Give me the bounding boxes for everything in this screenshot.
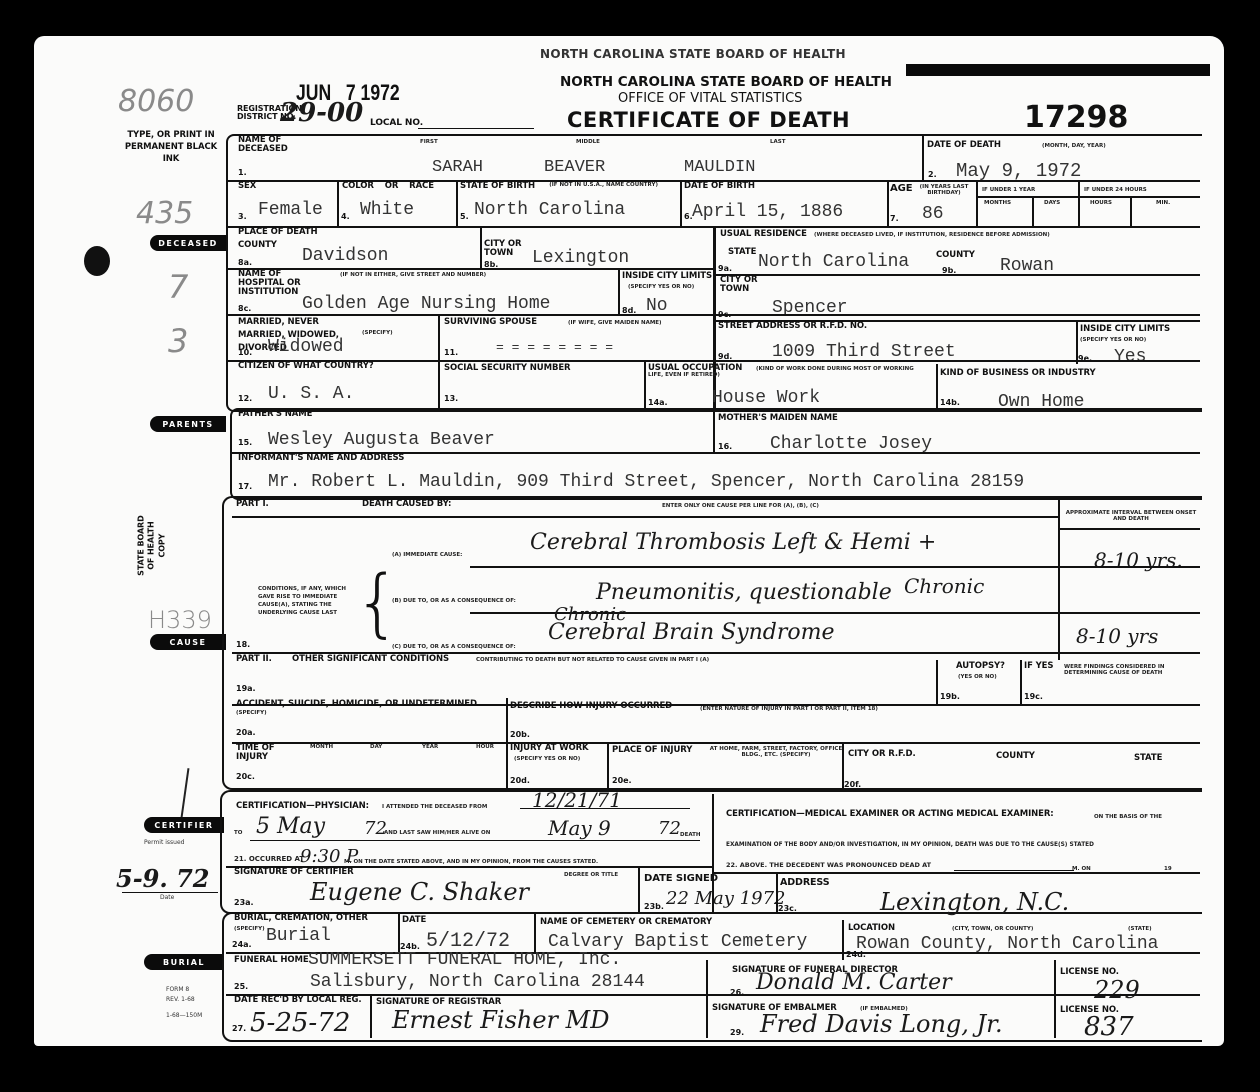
divider: [638, 866, 640, 912]
injury-state-label: STATE: [1134, 754, 1162, 763]
divider: [922, 136, 924, 180]
pencil-note-435: 435: [136, 196, 193, 231]
divider: [887, 180, 889, 226]
underline: [250, 840, 700, 841]
item-24a: 24a.: [232, 940, 252, 949]
item-19b: 19b.: [940, 692, 960, 701]
item-23c: 23c.: [778, 904, 797, 913]
res-county-label: COUNTY: [936, 251, 975, 260]
registrar-signature: Ernest Fisher MD: [392, 1006, 609, 1034]
date-received: 5-25-72: [250, 1008, 350, 1038]
cemetery: Calvary Baptist Cemetery: [548, 932, 807, 952]
certificate-number: 17298: [1024, 100, 1128, 135]
pod-inside-limits-hint: (SPECIFY YES OR NO): [628, 284, 694, 290]
item-20e: 20e.: [612, 776, 632, 785]
under-1-year-label: IF UNDER 1 YEAR: [982, 187, 1035, 193]
pod-city-label: CITY OR TOWN: [484, 240, 524, 258]
occupation: House Work: [712, 388, 820, 408]
date-recd-label: DATE REC'D BY LOCAL REG.: [234, 996, 362, 1005]
institution-label: NAME OF HOSPITAL OR INSTITUTION: [238, 270, 302, 297]
time-year: YEAR: [422, 744, 438, 750]
cause-b-extra: Chronic: [904, 574, 984, 598]
item-14b: 14b.: [940, 398, 960, 407]
underline: [520, 808, 690, 809]
ink-instruction: TYPE, OR PRINT IN PERMANENT BLACK INK: [124, 130, 218, 166]
divider: [977, 196, 1200, 198]
first-label: FIRST: [420, 139, 438, 145]
divider: [706, 960, 708, 1038]
office-title: OFFICE OF VITAL STATISTICS: [618, 91, 802, 106]
section-tab-parents: PARENTS: [150, 416, 226, 432]
date-of-death: May 9, 1972: [956, 160, 1081, 182]
mother-name: Charlotte Josey: [770, 434, 932, 454]
embalmer-license: 837: [1084, 1012, 1134, 1042]
months-label: MONTHS: [984, 200, 1011, 206]
form-revision: REV. 1-68: [166, 996, 195, 1003]
first-name: SARAH: [432, 158, 483, 177]
divider: [370, 994, 372, 1038]
punch-hole: [84, 246, 110, 276]
other-conditions-hint: CONTRIBUTING TO DEATH BUT NOT RELATED TO…: [476, 657, 709, 663]
sex: Female: [258, 200, 323, 220]
res-inside-limits-label: INSIDE CITY LIMITS: [1080, 325, 1170, 334]
injury-city-label: CITY OR R.F.D.: [848, 750, 916, 759]
days-label: DAYS: [1044, 200, 1060, 206]
item-1: 1.: [238, 168, 247, 177]
pod-county-label: COUNTY: [238, 241, 277, 250]
item-20b: 20b.: [510, 730, 530, 739]
divider: [618, 268, 620, 314]
burial-method: Burial: [266, 926, 331, 946]
to-label: TO: [234, 830, 242, 836]
divider: [228, 314, 1200, 316]
marital-hint: (SPECIFY): [362, 330, 393, 336]
place-of-injury-hint: AT HOME, FARM, STREET, FACTORY, OFFICE B…: [706, 746, 846, 758]
divider: [712, 872, 1200, 874]
date-signed: 22 May 1972: [666, 888, 786, 909]
divider: [337, 180, 339, 226]
item-13: 13.: [444, 394, 458, 403]
cause-c: Cerebral Brain Syndrome: [548, 620, 835, 645]
divider: [1078, 180, 1080, 226]
cause-c-label: (c) DUE TO, OR AS A CONSEQUENCE OF:: [392, 644, 516, 650]
divider: [680, 180, 682, 226]
cause-a-interval: 8-10 yrs.: [1094, 548, 1183, 572]
cause-a-label: (a) IMMEDIATE CAUSE:: [392, 552, 462, 558]
occupation-hint: (KIND OF WORK DONE DURING MOST OF WORKIN…: [648, 366, 918, 378]
part1-label: PART I.: [236, 500, 269, 509]
business-label: KIND OF BUSINESS OR INDUSTRY: [940, 369, 1096, 378]
other-conditions-label: OTHER SIGNIFICANT CONDITIONS: [292, 655, 449, 664]
father-name: Wesley Augusta Beaver: [268, 430, 495, 450]
divider: [713, 226, 716, 408]
informant: Mr. Robert L. Mauldin, 909 Third Street,…: [268, 472, 1024, 492]
institution: Golden Age Nursing Home: [302, 294, 550, 314]
item-11: 11.: [444, 348, 458, 357]
divider: [936, 660, 938, 704]
divider: [1060, 528, 1200, 530]
section-tab-burial: BURIAL: [144, 954, 224, 970]
death-caused-by-label: DEATH CAUSED BY:: [362, 500, 451, 509]
race-label: COLOR OR RACE: [342, 182, 434, 191]
cemetery-label: NAME OF CEMETERY OR CREMATORY: [540, 918, 712, 927]
location-label: LOCATION: [848, 924, 895, 933]
signature-label: SIGNATURE OF CERTIFIER: [234, 868, 354, 877]
divider: [936, 364, 938, 408]
cause-instruction: ENTER ONLY ONE CAUSE PER LINE FOR (a), (…: [662, 503, 819, 509]
item-5: 5.: [460, 212, 469, 221]
divider: [226, 994, 1200, 996]
form-print-run: 1-68—150M: [166, 1012, 202, 1019]
spouse-hint: (IF WIFE, GIVE MAIDEN NAME): [568, 320, 662, 326]
at-work-label: INJURY AT WORK: [510, 744, 589, 753]
burial-date-label: DATE: [402, 916, 426, 925]
date-signed-label: DATE SIGNED: [644, 874, 718, 885]
divider: [714, 320, 1200, 322]
age-label: AGE: [890, 184, 912, 195]
form-number: FORM 8: [166, 986, 189, 993]
age: 86: [922, 204, 944, 224]
item-15: 15.: [238, 438, 252, 447]
attended-to: 5 May: [256, 814, 325, 839]
autopsy-label: AUTOPSY?: [956, 662, 1005, 671]
pod-city: Lexington: [532, 248, 629, 268]
local-no-line: [418, 128, 534, 129]
divider: [1130, 196, 1132, 226]
divider: [713, 408, 715, 452]
pencil-note-3: 3: [168, 322, 188, 360]
cause-b: Pneumonitis, questionable: [596, 580, 892, 605]
registration-district-number: 29-00: [280, 98, 363, 128]
divider: [644, 360, 646, 408]
injury-type-label: ACCIDENT, SUICIDE, HOMICIDE, OR UNDETERM…: [236, 700, 477, 709]
item-18: 18.: [236, 640, 250, 649]
name-label: NAME OF DECEASED: [238, 136, 298, 154]
physician-cert-label: CERTIFICATION—PHYSICIAN:: [236, 802, 369, 811]
divider: [1058, 498, 1060, 660]
burial-method-label: BURIAL, CREMATION, OTHER: [234, 914, 368, 923]
residence-label: USUAL RESIDENCE: [720, 230, 807, 239]
item-25: 25.: [234, 982, 248, 991]
permit-date-label: Date: [160, 894, 174, 901]
injury-how-hint: (ENTER NATURE OF INJURY IN PART I OR PAR…: [700, 706, 878, 712]
item-19a: 19a.: [236, 684, 256, 693]
pod-inside-limits: No: [646, 296, 668, 316]
redaction-bar: [906, 64, 1210, 76]
residence-hint: (WHERE DECEASED LIVED, IF INSTITUTION, R…: [814, 232, 1050, 238]
item-29: 29.: [730, 1028, 744, 1037]
me-cert-label: CERTIFICATION—MEDICAL EXAMINER OR ACTING…: [726, 810, 1054, 819]
director-license: 229: [1094, 976, 1140, 1004]
interval-label: APPROXIMATE INTERVAL BETWEEN ONSET AND D…: [1064, 510, 1198, 522]
item-7: 7.: [890, 214, 899, 223]
dob-label: DATE OF BIRTH: [684, 182, 755, 191]
res-inside-limits-hint: (SPECIFY YES OR NO): [1080, 337, 1146, 343]
item-20f: 20f.: [844, 780, 861, 789]
res-city-label: CITY OR TOWN: [720, 276, 760, 294]
divider: [534, 912, 536, 952]
permit-date-line: [122, 892, 218, 893]
item-4: 4.: [341, 212, 350, 221]
middle-label: MIDDLE: [576, 139, 600, 145]
section-tab-deceased: DECEASED: [150, 235, 226, 251]
citizen: U. S. A.: [268, 384, 354, 404]
funeral-home-label: FUNERAL HOME: [234, 956, 309, 965]
middle-name: BEAVER: [544, 158, 605, 177]
state-of-birth-hint: (IF NOT IN U.S.A., NAME COUNTRY): [548, 182, 658, 188]
res-county: Rowan: [1000, 256, 1054, 276]
state-of-birth-label: STATE OF BIRTH: [460, 182, 535, 191]
informant-label: INFORMANT'S NAME AND ADDRESS: [238, 454, 404, 463]
surviving-spouse: = = = = = = = =: [496, 340, 613, 355]
divider: [607, 742, 609, 788]
item-23a: 23a.: [234, 898, 254, 907]
ssn-label: SOCIAL SECURITY NUMBER: [444, 364, 571, 373]
cause-b-label: (b) DUE TO, OR AS A CONSEQUENCE OF:: [392, 598, 516, 604]
res-state-label: STATE: [728, 248, 756, 257]
injury-type-hint: (SPECIFY): [236, 710, 267, 716]
pencil-note-8060: 8060: [118, 84, 194, 119]
business: Own Home: [998, 392, 1084, 412]
father-label: FATHER'S NAME: [238, 410, 312, 419]
citizen-label: CITIZEN OF WHAT COUNTRY?: [238, 362, 374, 371]
occurred-text: M. ON THE DATE STATED ABOVE, AND IN MY O…: [344, 859, 598, 865]
time-month: MONTH: [310, 744, 333, 750]
underline: [954, 870, 1074, 871]
race: White: [360, 200, 414, 220]
cause-c-interval: 8-10 yrs: [1076, 624, 1158, 648]
state-copy-label: STATE BOARD OF HEALTH COPY: [136, 512, 167, 580]
place-of-death-label: PLACE OF DEATH: [238, 228, 318, 237]
burial-location: Rowan County, North Carolina: [856, 934, 1158, 954]
at-work-hint: (SPECIFY YES OR NO): [514, 756, 580, 762]
pod-inside-limits-label: INSIDE CITY LIMITS: [622, 272, 712, 281]
res-inside-limits: Yes: [1114, 347, 1146, 367]
last-saw-text: AND LAST SAW HIM/HER ALIVE ON: [384, 830, 490, 836]
date-of-death-hint: (MONTH, DAY, YEAR): [1042, 143, 1106, 149]
divider: [842, 920, 844, 960]
street-label: STREET ADDRESS OR R.F.D. No.: [718, 322, 867, 331]
me-text1: ON THE BASIS OF THE: [1094, 814, 1162, 820]
item-20d: 20d.: [510, 776, 530, 785]
under-24-hours-label: IF UNDER 24 HOURS: [1084, 187, 1147, 193]
funeral-home-city: Salisbury, North Carolina 28144: [310, 972, 645, 992]
injury-county-label: COUNTY: [996, 752, 1035, 761]
certifier-address: Lexington, N.C.: [880, 888, 1069, 916]
occurred-label: 21. OCCURRED AT: [234, 856, 304, 864]
res-state: North Carolina: [758, 252, 909, 272]
last-label: LAST: [770, 139, 785, 145]
time-of-injury-label: TIME OF INJURY: [236, 744, 286, 762]
institution-hint: (IF NOT IN EITHER, GIVE STREET AND NUMBE…: [340, 272, 486, 278]
cause-a: Cerebral Thrombosis Left & Hemi +: [530, 530, 936, 555]
divider: [1032, 196, 1034, 226]
findings-label: WERE FINDINGS CONSIDERED IN DETERMINING …: [1064, 664, 1198, 676]
location-hint: (CITY, TOWN, OR COUNTY): [952, 926, 1033, 932]
date-of-death-label: DATE OF DEATH: [927, 141, 1001, 150]
pencil-note-h339: H339: [148, 606, 212, 634]
item-2: 2.: [928, 170, 937, 179]
last-saw: May 9: [548, 816, 611, 840]
state-of-birth: North Carolina: [474, 200, 625, 220]
res-street: 1009 Third Street: [772, 342, 956, 362]
injury-how-label: DESCRIBE HOW INJURY OCCURRED: [510, 702, 672, 711]
sex-label: SEX: [238, 182, 256, 191]
item-19c: 19c.: [1024, 692, 1043, 701]
last-saw-year: 72: [658, 818, 681, 839]
autopsy-hint: (YES OR NO): [958, 674, 997, 680]
if-yes-label: IF YES: [1024, 662, 1053, 671]
me-text2: EXAMINATION OF THE BODY AND/OR INVESTIGA…: [726, 842, 1094, 848]
min-label: MIN.: [1156, 200, 1170, 206]
marital-status: Widowed: [268, 337, 344, 357]
item-3: 3.: [238, 212, 247, 221]
local-no-label: LOCAL NO.: [370, 119, 423, 128]
divider: [470, 566, 1200, 568]
divider: [714, 274, 1200, 276]
divider: [232, 516, 1060, 518]
part2-label: PART II.: [236, 655, 272, 664]
certificate-title: CERTIFICATE OF DEATH: [567, 108, 850, 132]
conditions-label: CONDITIONS, IF ANY, WHICH GAVE RISE TO I…: [258, 586, 358, 618]
me-text3: 22. ABOVE. THE DECEDENT WAS PRONOUNCED D…: [726, 862, 931, 869]
mother-label: MOTHER'S MAIDEN NAME: [718, 414, 838, 423]
divider: [1054, 960, 1056, 1038]
item-12: 12.: [238, 394, 252, 403]
permit-issued-label: Permit issued: [144, 839, 184, 846]
item-20c: 20c.: [236, 772, 255, 781]
address-label: ADDRESS: [780, 878, 830, 888]
divider: [976, 180, 978, 226]
divider: [456, 180, 458, 226]
item-23b: 23b.: [644, 902, 664, 911]
director-signature: Donald M. Carter: [756, 970, 952, 995]
spouse-label: SURVIVING SPOUSE: [444, 318, 537, 327]
death-text: DEATH: [680, 832, 701, 838]
item-8c: 8c.: [238, 304, 251, 313]
date-of-birth: April 15, 1886: [692, 202, 843, 222]
certifier-signature: Eugene C. Shaker: [310, 878, 529, 906]
embalmer-signature: Fred Davis Long, Jr.: [760, 1010, 1003, 1038]
agency-title: NORTH CAROLINA STATE BOARD OF HEALTH: [560, 74, 892, 90]
degree-label: DEGREE OR TITLE: [564, 872, 618, 878]
faded-title: NORTH CAROLINA STATE BOARD OF HEALTH: [540, 47, 846, 59]
age-hint: (IN YEARS LAST BIRTHDAY): [914, 184, 974, 196]
divider: [480, 228, 482, 270]
item-14a: 14a.: [648, 398, 668, 407]
time-day: DAY: [370, 744, 382, 750]
permit-date: 5-9. 72: [116, 864, 209, 893]
item-10: 10.: [238, 348, 252, 357]
item-9a: 9a.: [718, 264, 732, 273]
place-of-injury-label: PLACE OF INJURY: [612, 746, 692, 755]
item-27: 27.: [232, 1024, 246, 1033]
time-hour: HOUR: [476, 744, 494, 750]
section-tab-certifier: CERTIFIER: [144, 817, 224, 833]
item-8a: 8a.: [238, 258, 252, 267]
location-state-hint: (STATE): [1128, 926, 1152, 932]
item-17: 17.: [238, 482, 252, 491]
last-name: MAULDIN: [684, 158, 755, 177]
section-tab-cause: CAUSE: [150, 634, 226, 650]
hours-label: HOURS: [1090, 200, 1112, 206]
item-20a: 20a.: [236, 728, 256, 737]
pod-county: Davidson: [302, 246, 388, 266]
pencil-note-7: 7: [168, 268, 188, 306]
divider: [712, 794, 714, 912]
attended-text: I ATTENDED THE DECEASED FROM: [382, 804, 487, 810]
item-16: 16.: [718, 442, 732, 451]
burial-method-hint: (SPECIFY): [234, 926, 265, 932]
divider: [1020, 660, 1022, 704]
funeral-home-name: SUMMERSETT FUNERAL HOME, Inc.: [308, 950, 621, 970]
